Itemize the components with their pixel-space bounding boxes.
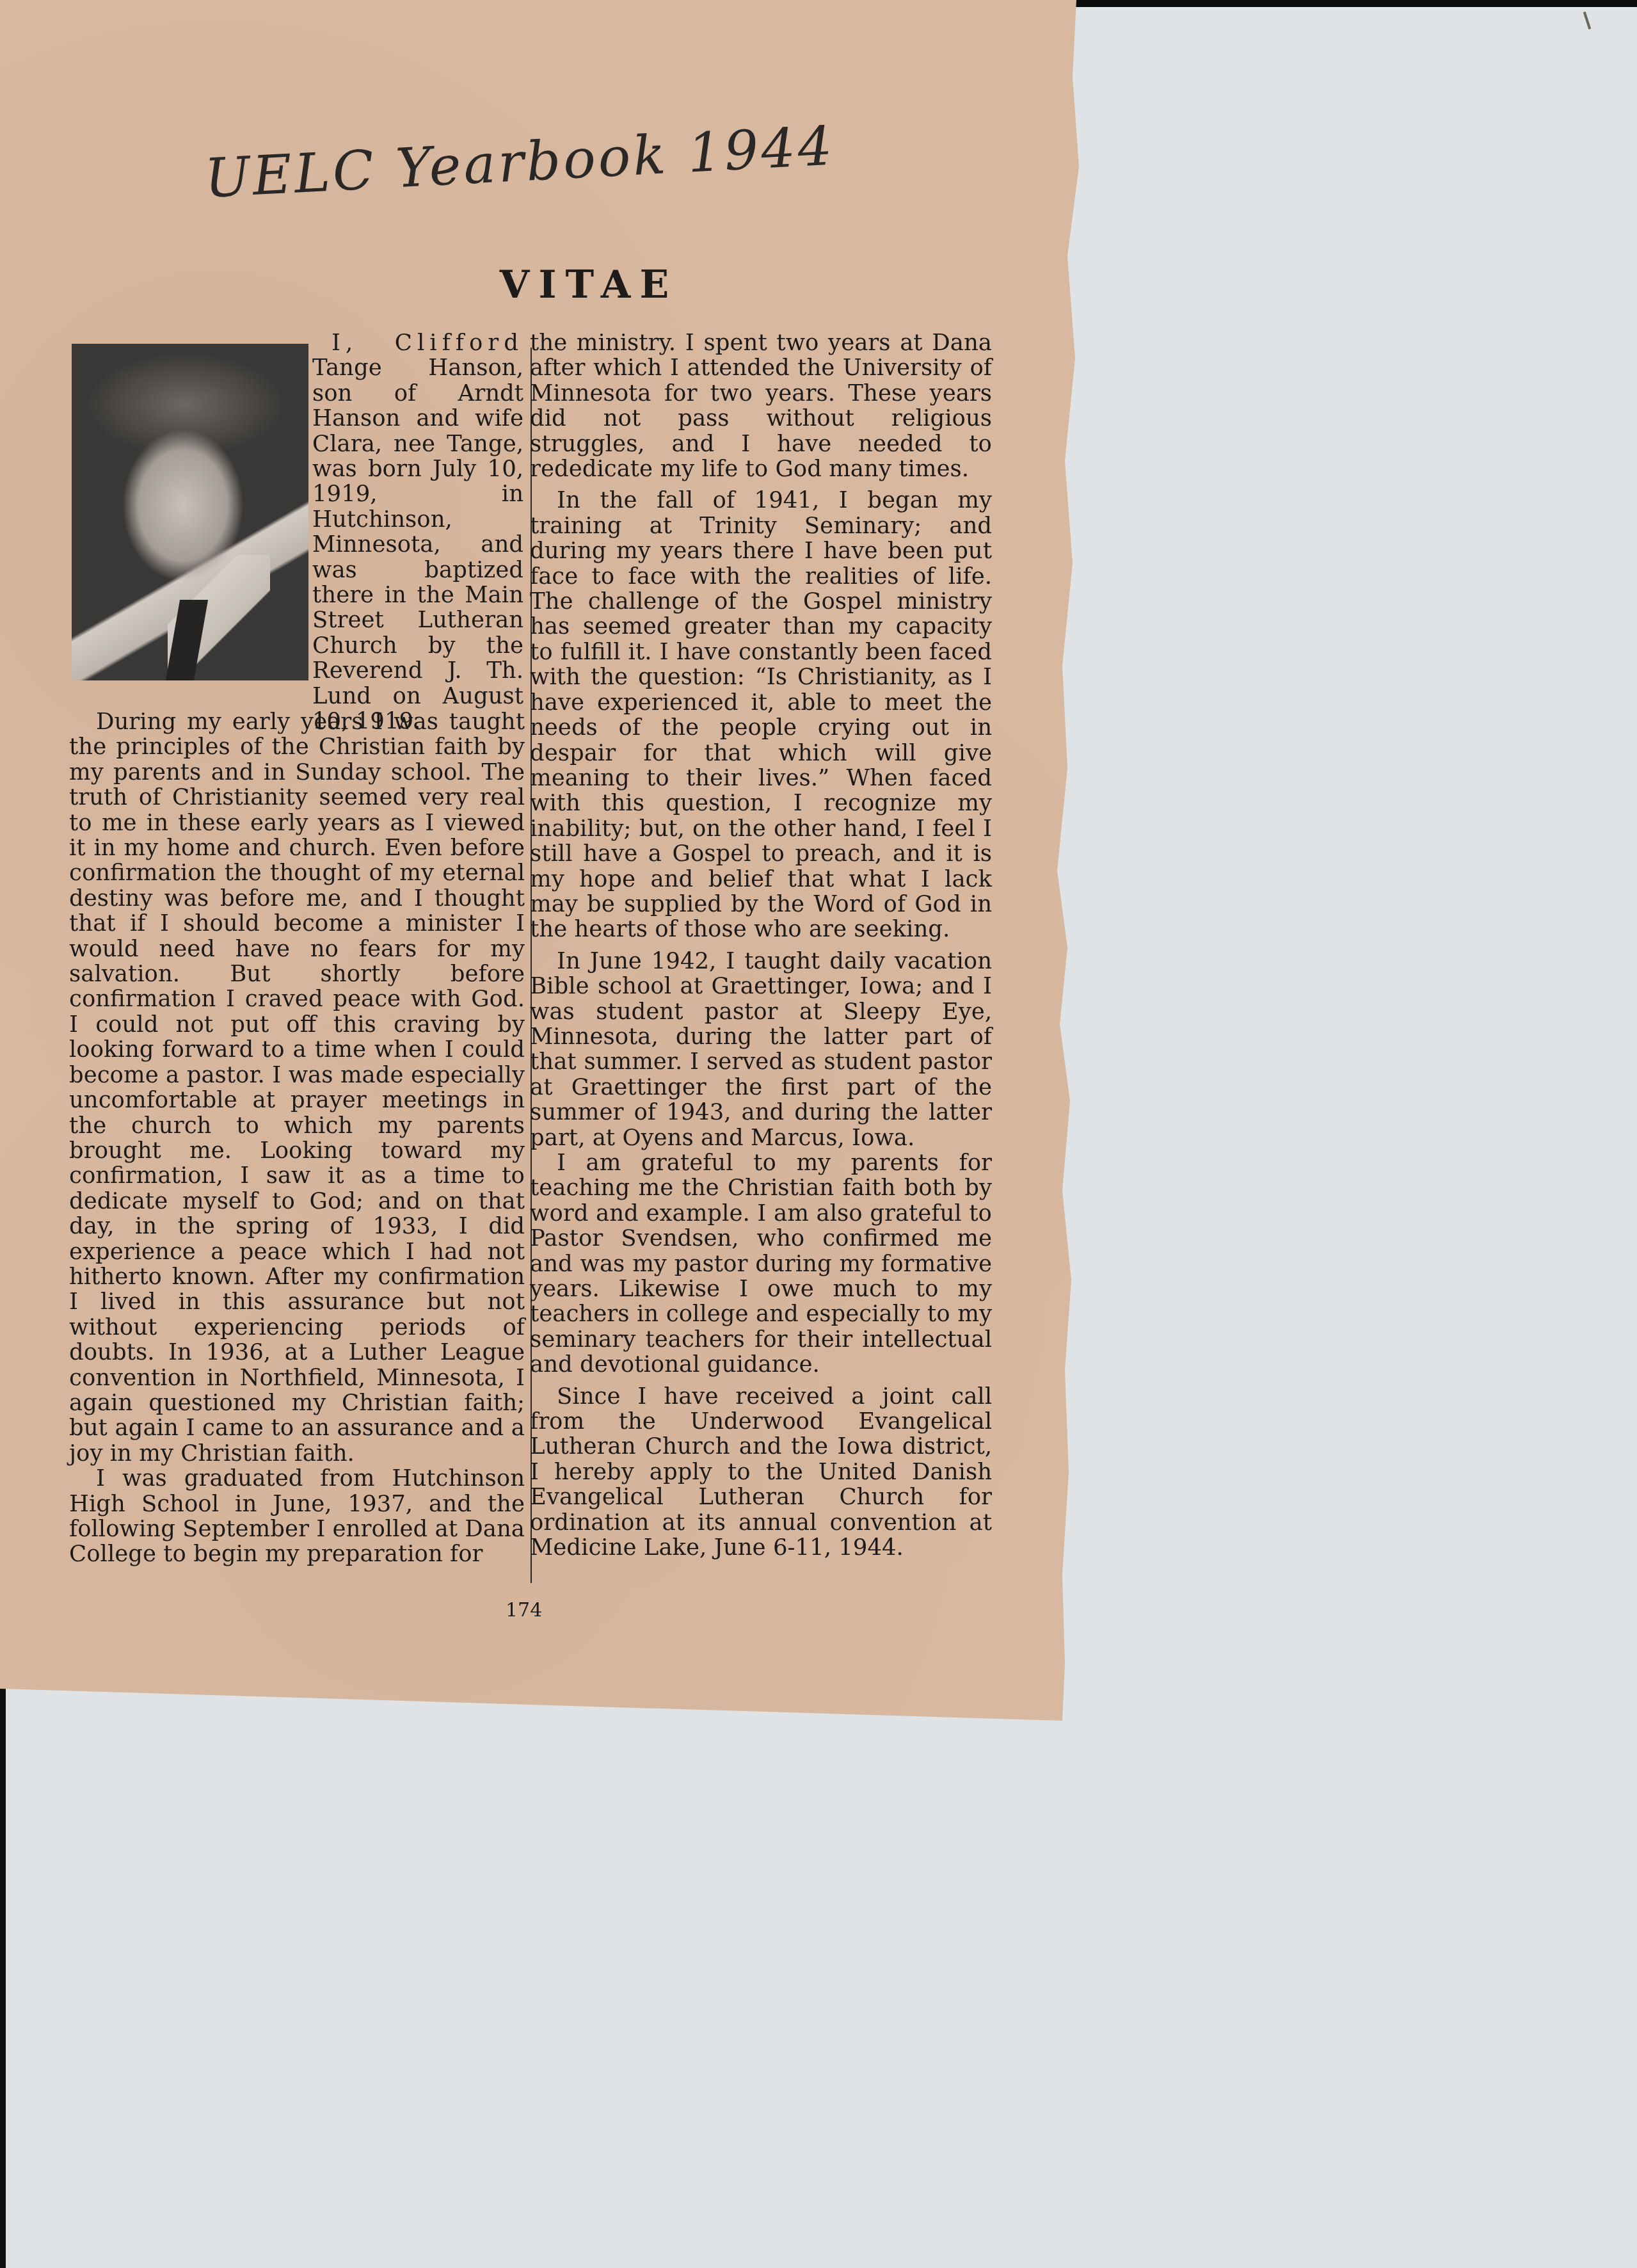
page-title: VITAE (0, 262, 1082, 307)
paragraph: Since I have received a joint call from … (530, 1384, 992, 1561)
paragraph: the ministry. I spent two years at Dana … (530, 330, 992, 481)
intro-text: Tange Hanson, son of Arndt Hanson and wi… (312, 355, 523, 734)
handwritten-note: UELC Yearbook 1944 (203, 115, 836, 210)
page-number: 174 (506, 1599, 542, 1621)
paragraph: I am grateful to my parents for teaching… (530, 1150, 992, 1378)
paragraph: I was graduated from Hutchinson High Sch… (69, 1466, 525, 1567)
right-column: the ministry. I spent two years at Dana … (530, 330, 992, 1561)
portrait-photo (72, 344, 308, 680)
intro-lead: I, Clifford (331, 330, 523, 356)
scan-debris-mark (1583, 12, 1591, 29)
paragraph: During my early years I was taught the p… (69, 709, 525, 1466)
scanner-edge-left (0, 1689, 6, 2268)
newspaper-clipping: UELC Yearbook 1944 VITAE I, Clifford Tan… (0, 0, 1082, 1722)
paragraph: In the fall of 1941, I began my training… (530, 488, 992, 942)
paragraph: In June 1942, I taught daily vacation Bi… (530, 949, 992, 1150)
scanner-edge-top (1075, 0, 1637, 7)
left-column: During my early years I was taught the p… (69, 709, 525, 1567)
intro-paragraph: I, Clifford Tange Hanson, son of Arndt H… (312, 330, 523, 734)
